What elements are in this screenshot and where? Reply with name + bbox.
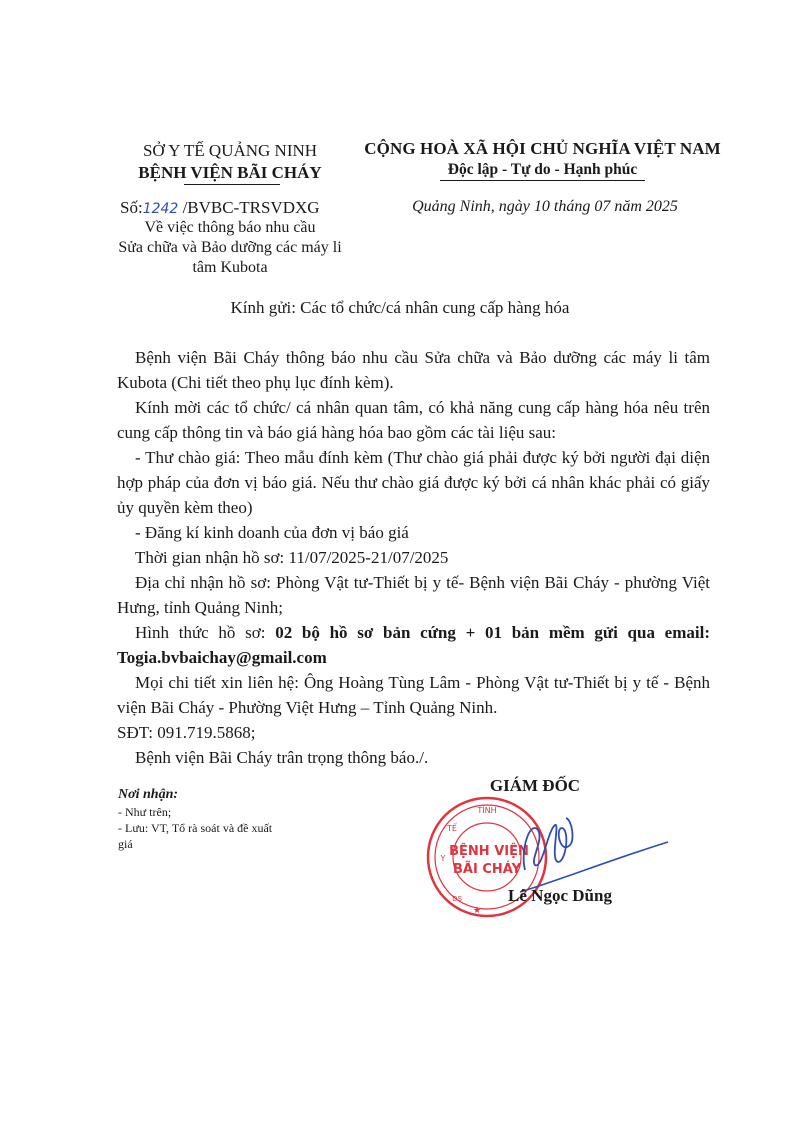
document-subject: Về việc thông báo nhu cầu Sửa chữa và Bả… <box>100 218 360 278</box>
subject-line: Sửa chữa và Bảo dưỡng các máy li <box>100 238 360 258</box>
svg-text:DS: DS <box>452 895 462 903</box>
nation-title: CỘNG HOÀ XÃ HỘI CHỦ NGHĨA VIỆT NAM <box>355 138 730 160</box>
signer-name: Lê Ngọc Dũng <box>480 886 640 906</box>
svg-text:TẾ: TẾ <box>446 822 458 833</box>
paragraph: Mọi chi tiết xin liên hệ: Ông Hoàng Tùng… <box>117 670 710 720</box>
signer-title: GIÁM ĐỐC <box>460 776 610 796</box>
paragraph: Hình thức hồ sơ: 02 bộ hồ sơ bản cứng + … <box>117 620 710 670</box>
document-number: Số:1242 /BVBC-TRSVDXG <box>120 198 360 219</box>
document-body: Bệnh viện Bãi Cháy thông báo nhu cầu Sửa… <box>117 345 710 770</box>
paragraph: Bệnh viện Bãi Cháy thông báo nhu cầu Sửa… <box>117 345 710 395</box>
handwritten-signature-icon <box>500 800 670 900</box>
paragraph: Thời gian nhận hồ sơ: 11/07/2025-21/07/2… <box>117 545 710 570</box>
paragraph: Kính mời các tổ chức/ cá nhân quan tâm, … <box>117 395 710 445</box>
recipients-block: Nơi nhận: - Như trên; - Lưu: VT, Tổ rà s… <box>118 786 378 852</box>
national-header: CỘNG HOÀ XÃ HỘI CHỦ NGHĨA VIỆT NAM Độc l… <box>355 138 730 181</box>
hospital-underline <box>184 184 280 185</box>
svg-text:TỈNH: TỈNH <box>476 804 496 815</box>
subject-line: Về việc thông báo nhu cầu <box>100 218 360 238</box>
paragraph: - Đăng kí kinh doanh của đơn vị báo giá <box>117 520 710 545</box>
recipient-item: - Lưu: VT, Tổ rà soát và đề xuất <box>118 820 378 836</box>
paragraph: - Thư chào giá: Theo mẫu đính kèm (Thư c… <box>117 445 710 520</box>
svg-text:Y: Y <box>440 854 446 863</box>
subject-line: tâm Kubota <box>100 258 360 278</box>
recipient-item: giá <box>118 836 378 852</box>
number-suffix: /BVBC-TRSVDXG <box>178 198 319 217</box>
place-date: Quảng Ninh, ngày 10 tháng 07 năm 2025 <box>360 198 730 216</box>
recipients-title: Nơi nhận: <box>118 786 378 804</box>
recipient-item: - Như trên; <box>118 804 378 820</box>
handwritten-number: 1242 <box>143 201 179 217</box>
closing-line: Bệnh viện Bãi Cháy trân trọng thông báo.… <box>117 745 710 770</box>
agency-name: SỞ Y TẾ QUẢNG NINH <box>100 140 360 162</box>
submission-format-label: Hình thức hồ sơ: <box>135 623 275 642</box>
issuer-block: SỞ Y TẾ QUẢNG NINH BỆNH VIỆN BÃI CHÁY <box>100 140 360 185</box>
hospital-name: BỆNH VIỆN BÃI CHÁY <box>100 162 360 184</box>
greeting: Kính gửi: Các tổ chức/cá nhân cung cấp h… <box>0 298 800 318</box>
number-label: Số: <box>120 198 143 217</box>
phone-line: SĐT: 091.719.5868; <box>117 720 710 745</box>
motto: Độc lập - Tự do - Hạnh phúc <box>440 160 645 181</box>
svg-text:★: ★ <box>473 906 481 916</box>
paragraph: Địa chỉ nhận hồ sơ: Phòng Vật tư-Thiết b… <box>117 570 710 620</box>
